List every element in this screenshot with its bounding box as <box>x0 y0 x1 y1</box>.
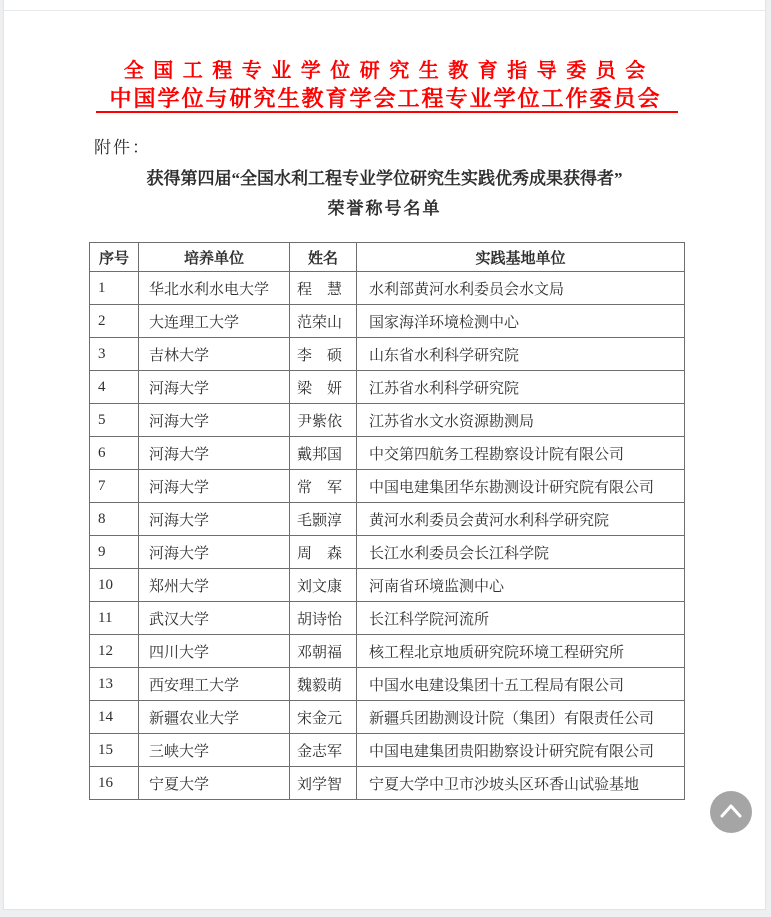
doc-subtitle-line1: 获得第四届“全国水利工程专业学位研究生实践优秀成果获得者” <box>4 164 765 189</box>
training-unit-cell: 河海大学 <box>139 503 290 536</box>
training-unit-cell: 河海大学 <box>139 404 290 437</box>
practice-base-cell: 中国电建集团华东勘测设计研究院有限公司 <box>357 470 685 503</box>
practice-base-cell: 江苏省水文水资源勘测局 <box>357 404 685 437</box>
training-unit-cell: 武汉大学 <box>139 602 290 635</box>
title-underline <box>96 111 678 113</box>
table-row: 12四川大学邓朝福核工程北京地质研究院环境工程研究所 <box>90 635 685 668</box>
row-index-cell: 5 <box>90 404 139 437</box>
page-break-line <box>4 10 765 11</box>
name-cell: 梁 妍 <box>290 371 357 404</box>
practice-base-cell: 核工程北京地质研究院环境工程研究所 <box>357 635 685 668</box>
name-cell: 戴邦国 <box>290 437 357 470</box>
table-row: 6河海大学戴邦国中交第四航务工程勘察设计院有限公司 <box>90 437 685 470</box>
practice-base-cell: 黄河水利委员会黄河水利科学研究院 <box>357 503 685 536</box>
training-unit-cell: 宁夏大学 <box>139 767 290 800</box>
practice-base-cell: 国家海洋环境检测中心 <box>357 305 685 338</box>
row-index-cell: 12 <box>90 635 139 668</box>
table-row: 16宁夏大学刘学智宁夏大学中卫市沙坡头区环香山试验基地 <box>90 767 685 800</box>
table-row: 14新疆农业大学宋金元新疆兵团勘测设计院（集团）有限责任公司 <box>90 701 685 734</box>
name-cell: 魏毅萌 <box>290 668 357 701</box>
row-index-cell: 14 <box>90 701 139 734</box>
training-unit-cell: 郑州大学 <box>139 569 290 602</box>
practice-base-cell: 山东省水利科学研究院 <box>357 338 685 371</box>
name-cell: 宋金元 <box>290 701 357 734</box>
training-unit-cell: 河海大学 <box>139 437 290 470</box>
name-cell: 程 慧 <box>290 272 357 305</box>
table-row: 3吉林大学李 硕山东省水利科学研究院 <box>90 338 685 371</box>
table-row: 7河海大学常 军中国电建集团华东勘测设计研究院有限公司 <box>90 470 685 503</box>
training-unit-cell: 河海大学 <box>139 536 290 569</box>
table-row: 9河海大学周 森长江水利委员会长江科学院 <box>90 536 685 569</box>
row-index-cell: 9 <box>90 536 139 569</box>
row-index-cell: 15 <box>90 734 139 767</box>
row-index-cell: 16 <box>90 767 139 800</box>
training-unit-cell: 吉林大学 <box>139 338 290 371</box>
training-unit-cell: 河海大学 <box>139 371 290 404</box>
training-unit-cell: 河海大学 <box>139 470 290 503</box>
doc-subtitle-line2: 荣誉称号名单 <box>4 194 765 219</box>
training-unit-cell: 新疆农业大学 <box>139 701 290 734</box>
table-row: 5河海大学尹紫依江苏省水文水资源勘测局 <box>90 404 685 437</box>
row-index-cell: 3 <box>90 338 139 371</box>
name-cell: 胡诗怡 <box>290 602 357 635</box>
table-row: 4河海大学梁 妍江苏省水利科学研究院 <box>90 371 685 404</box>
table-row: 2大连理工大学范荣山国家海洋环境检测中心 <box>90 305 685 338</box>
name-cell: 尹紫依 <box>290 404 357 437</box>
table-row: 11武汉大学胡诗怡长江科学院河流所 <box>90 602 685 635</box>
table-row: 10郑州大学刘文康河南省环境监测中心 <box>90 569 685 602</box>
table-row: 15三峡大学金志军中国电建集团贵阳勘察设计研究院有限公司 <box>90 734 685 767</box>
col-header-index: 序号 <box>90 243 139 272</box>
table-row: 8河海大学毛颢淳黄河水利委员会黄河水利科学研究院 <box>90 503 685 536</box>
practice-base-cell: 中国电建集团贵阳勘察设计研究院有限公司 <box>357 734 685 767</box>
training-unit-cell: 华北水利水电大学 <box>139 272 290 305</box>
table-row: 13西安理工大学魏毅萌中国水电建设集团十五工程局有限公司 <box>90 668 685 701</box>
row-index-cell: 6 <box>90 437 139 470</box>
attachment-label: 附件： <box>94 133 151 158</box>
results-table-body: 1华北水利水电大学程 慧水利部黄河水利委员会水文局2大连理工大学范荣山国家海洋环… <box>90 272 685 800</box>
row-index-cell: 11 <box>90 602 139 635</box>
training-unit-cell: 西安理工大学 <box>139 668 290 701</box>
col-header-name: 姓名 <box>290 243 357 272</box>
chevron-up-icon <box>710 791 752 833</box>
row-index-cell: 13 <box>90 668 139 701</box>
practice-base-cell: 江苏省水利科学研究院 <box>357 371 685 404</box>
name-cell: 周 森 <box>290 536 357 569</box>
row-index-cell: 7 <box>90 470 139 503</box>
document-page: 全国工程专业学位研究生教育指导委员会 中国学位与研究生教育学会工程专业学位工作委… <box>3 0 766 910</box>
award-recipients-table: 序号 培养单位 姓名 实践基地单位 1华北水利水电大学程 慧水利部黄河水利委员会… <box>89 242 685 800</box>
doc-header: 全国工程专业学位研究生教育指导委员会 中国学位与研究生教育学会工程专业学位工作委… <box>4 57 765 112</box>
name-cell: 毛颢淳 <box>290 503 357 536</box>
practice-base-cell: 宁夏大学中卫市沙坡头区环香山试验基地 <box>357 767 685 800</box>
name-cell: 邓朝福 <box>290 635 357 668</box>
table-row: 1华北水利水电大学程 慧水利部黄河水利委员会水文局 <box>90 272 685 305</box>
org-title-line1: 全国工程专业学位研究生教育指导委员会 <box>4 57 765 85</box>
back-to-top-button[interactable] <box>710 791 752 833</box>
row-index-cell: 4 <box>90 371 139 404</box>
table-header-row: 序号 培养单位 姓名 实践基地单位 <box>90 243 685 272</box>
practice-base-cell: 新疆兵团勘测设计院（集团）有限责任公司 <box>357 701 685 734</box>
row-index-cell: 8 <box>90 503 139 536</box>
row-index-cell: 2 <box>90 305 139 338</box>
name-cell: 金志军 <box>290 734 357 767</box>
name-cell: 常 军 <box>290 470 357 503</box>
row-index-cell: 1 <box>90 272 139 305</box>
org-title-line2: 中国学位与研究生教育学会工程专业学位工作委员会 <box>4 85 765 112</box>
practice-base-cell: 水利部黄河水利委员会水文局 <box>357 272 685 305</box>
row-index-cell: 10 <box>90 569 139 602</box>
name-cell: 刘学智 <box>290 767 357 800</box>
col-header-training-unit: 培养单位 <box>139 243 290 272</box>
practice-base-cell: 长江水利委员会长江科学院 <box>357 536 685 569</box>
name-cell: 李 硕 <box>290 338 357 371</box>
practice-base-cell: 河南省环境监测中心 <box>357 569 685 602</box>
training-unit-cell: 大连理工大学 <box>139 305 290 338</box>
practice-base-cell: 长江科学院河流所 <box>357 602 685 635</box>
name-cell: 范荣山 <box>290 305 357 338</box>
practice-base-cell: 中交第四航务工程勘察设计院有限公司 <box>357 437 685 470</box>
col-header-practice-base: 实践基地单位 <box>357 243 685 272</box>
practice-base-cell: 中国水电建设集团十五工程局有限公司 <box>357 668 685 701</box>
training-unit-cell: 三峡大学 <box>139 734 290 767</box>
training-unit-cell: 四川大学 <box>139 635 290 668</box>
name-cell: 刘文康 <box>290 569 357 602</box>
